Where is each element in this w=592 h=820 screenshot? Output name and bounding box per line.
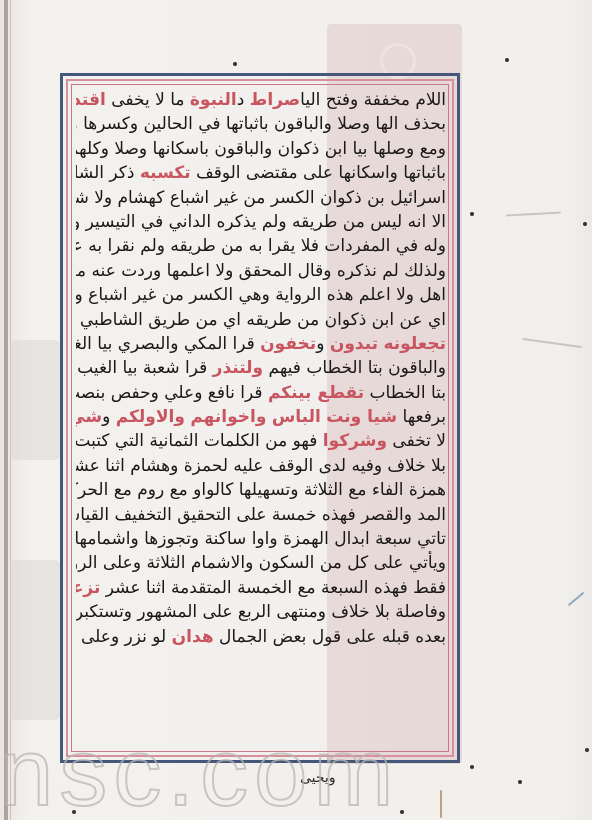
rubric-word: تخفون (260, 334, 316, 354)
manuscript-line: والباقون بتا الخطاب فيهم ولتنذر قرا شعبة… (76, 356, 446, 380)
rubric-word: الباس (272, 407, 321, 427)
paper-scratch (568, 592, 585, 606)
paper-scratch (522, 338, 582, 348)
text-segment: قرا شعبة بيا الغيب فيها والباقون (76, 358, 213, 378)
manuscript-line: اي عن ابن ذكوان من طريقه اي من طريق الشا… (76, 308, 446, 332)
manuscript-line: فقط فهذه السبعة مع الخمسة المتقدمة اثنا … (76, 576, 446, 600)
manuscript-line: برفعها شيا ونت الباس واخوانهم والاولكم و… (76, 405, 446, 429)
manuscript-line: تاتي سبعة ابدال الهمزة واوا ساكنة وتجوزه… (76, 527, 446, 551)
rubric-word: والاولكم (116, 407, 185, 427)
text-segment: المد والقصر فهذه خمسة على التحقيق التخفي… (76, 505, 446, 525)
text-segment: ومع وصلها بيا ابن ذكوان والباقون باسكانه… (76, 139, 446, 159)
paper-speck (72, 810, 76, 814)
text-segment: فقط فهذه السبعة مع الخمسة المتقدمة اثنا … (100, 578, 446, 598)
manuscript-text-block: اللام مخففة وفتح الياصراط دالنبوة ما لا … (76, 88, 446, 748)
rubric-word: اقتده (76, 90, 106, 110)
text-segment: وفاصلة بلا خلاف ومنتهى الربع على المشهور… (76, 602, 446, 622)
manuscript-page: اللام مخففة وفتح الياصراط دالنبوة ما لا … (0, 0, 592, 820)
manuscript-line: ويأتي على كل من السكون والاشمام الثلاثة … (76, 551, 446, 575)
rubric-word: شيا ونت (326, 407, 397, 427)
paper-speck (518, 780, 522, 784)
paper-speck (583, 222, 587, 226)
manuscript-line: لا تخفى وشركوا فهو من الكلمات الثمانية ا… (76, 429, 446, 453)
paper-speck (400, 810, 404, 814)
manuscript-line: بتا الخطاب تقطع بينكم قرا نافع وعلي وحفص… (76, 381, 446, 405)
text-segment: همزة الفاء مع الثلاثة وتسهيلها كالواو مع… (76, 480, 446, 500)
manuscript-line: بعده قبله على قول بعض الجمال هدان لو نزر… (76, 625, 446, 649)
text-segment: قرا المكي والبصري بيا الغيب في الثلاثة (76, 334, 260, 354)
text-segment: الا انه ليس من طريقه ولم يذكره الداني في… (76, 212, 446, 232)
ink-bleed-mark (10, 560, 60, 720)
text-segment: لو نزر وعلى (76, 627, 172, 647)
manuscript-line: باثباتها واسكانها على مقتضى الوقف تكسبه … (76, 161, 446, 185)
text-segment: اهل ولا اعلم هذه الرواية وهي الكسر من غي… (76, 285, 446, 305)
text-segment: برفعها (397, 407, 446, 427)
rubric-word: شي (76, 407, 102, 427)
manuscript-line: وفاصلة بلا خلاف ومنتهى الربع على المشهور… (76, 600, 446, 624)
manuscript-line: ولذلك لم نذكره وقال المحقق ولا اعلمها ور… (76, 259, 446, 283)
text-segment: تاتي سبعة ابدال الهمزة واوا ساكنة وتجوزه… (76, 529, 446, 549)
manuscript-line: تجعلونه تبدون وتخفون قرا المكي والبصري ب… (76, 332, 446, 356)
manuscript-line: اللام مخففة وفتح الياصراط دالنبوة ما لا … (76, 88, 446, 112)
text-segment: ويأتي على كل من السكون والاشمام الثلاثة … (76, 553, 446, 573)
rubric-word: تكسبه (140, 163, 191, 183)
text-segment: و (316, 334, 330, 354)
manuscript-line: اسرائيل بن ذكوان الكسر من غير اشباع كهشا… (76, 186, 446, 210)
text-segment: بلا خلاف وفيه لدى الوقف عليه لحمزة وهشام… (76, 456, 446, 476)
text-segment: بعده قبله على قول بعض الجمال (214, 627, 446, 647)
paper-scratch (440, 790, 442, 818)
text-segment: اللام مخففة وفتح اليا (300, 90, 446, 110)
rubric-word: ولتنذر (213, 358, 263, 378)
manuscript-line: بلا خلاف وفيه لدى الوقف عليه لحمزة وهشام… (76, 454, 446, 478)
text-segment: بحذف الها وصلا والباقون باثباتها في الحا… (76, 114, 446, 134)
text-segment: ما لا يخفى (106, 90, 190, 110)
rubric-word: تجعلونه (383, 334, 446, 354)
text-segment: قرا نافع وعلي وحفص بنصب النون والباقون (76, 383, 268, 403)
paper-speck (470, 765, 474, 769)
text-segment: وله في المفردات فلا يقرا به من طريقه ولم… (76, 236, 446, 256)
text-segment: اسرائيل بن ذكوان الكسر من غير اشباع كهشا… (76, 188, 446, 208)
rubric-word: صراط (250, 90, 301, 110)
rubric-word: وشركوا (323, 431, 387, 451)
text-segment: لا تخفى (387, 431, 446, 451)
paper-speck (585, 748, 589, 752)
ink-bleed-mark (10, 340, 60, 460)
text-segment: باثباتها واسكانها على مقتضى الوقف (191, 163, 446, 183)
manuscript-line: الا انه ليس من طريقه ولم يذكره الداني في… (76, 210, 446, 234)
paper-speck (233, 62, 237, 66)
text-segment: و (102, 407, 116, 427)
text-segment: اي عن ابن ذكوان من طريقه اي من طريق الشا… (76, 310, 446, 330)
paper-scratch (506, 212, 561, 217)
text-segment: ذكر الشاطبي رحمه (76, 163, 140, 183)
rubric-word: واخوانهم (190, 407, 266, 427)
rubric-word: هدان (172, 627, 214, 647)
manuscript-line: همزة الفاء مع الثلاثة وتسهيلها كالواو مع… (76, 478, 446, 502)
manuscript-line: اهل ولا اعلم هذه الرواية وهي الكسر من غي… (76, 283, 446, 307)
manuscript-line: ومع وصلها بيا ابن ذكوان والباقون باسكانه… (76, 137, 446, 161)
rubric-word: تقطع بينكم (268, 383, 364, 403)
rubric-word: تبدون (330, 334, 378, 354)
text-segment: فهو من الكلمات الثمانية التي كتبت الهمزة… (76, 431, 323, 451)
manuscript-line: وله في المفردات فلا يقرا به من طريقه ولم… (76, 234, 446, 258)
text-segment: ولذلك لم نذكره وقال المحقق ولا اعلمها ور… (76, 261, 446, 281)
text-segment: والباقون بتا الخطاب فيهم (263, 358, 446, 378)
manuscript-line: بحذف الها وصلا والباقون باثباتها في الحا… (76, 112, 446, 136)
watermark-text: nsc.com (0, 725, 399, 820)
manuscript-line: المد والقصر فهذه خمسة على التحقيق التخفي… (76, 503, 446, 527)
paper-speck (505, 58, 509, 62)
text-segment: بتا الخطاب (364, 383, 446, 403)
paper-speck (470, 212, 474, 216)
rubric-word: تزعمون (76, 578, 100, 598)
rubric-word: النبوة (190, 90, 237, 110)
binding-edge (4, 0, 8, 820)
text-segment: د (237, 90, 250, 110)
